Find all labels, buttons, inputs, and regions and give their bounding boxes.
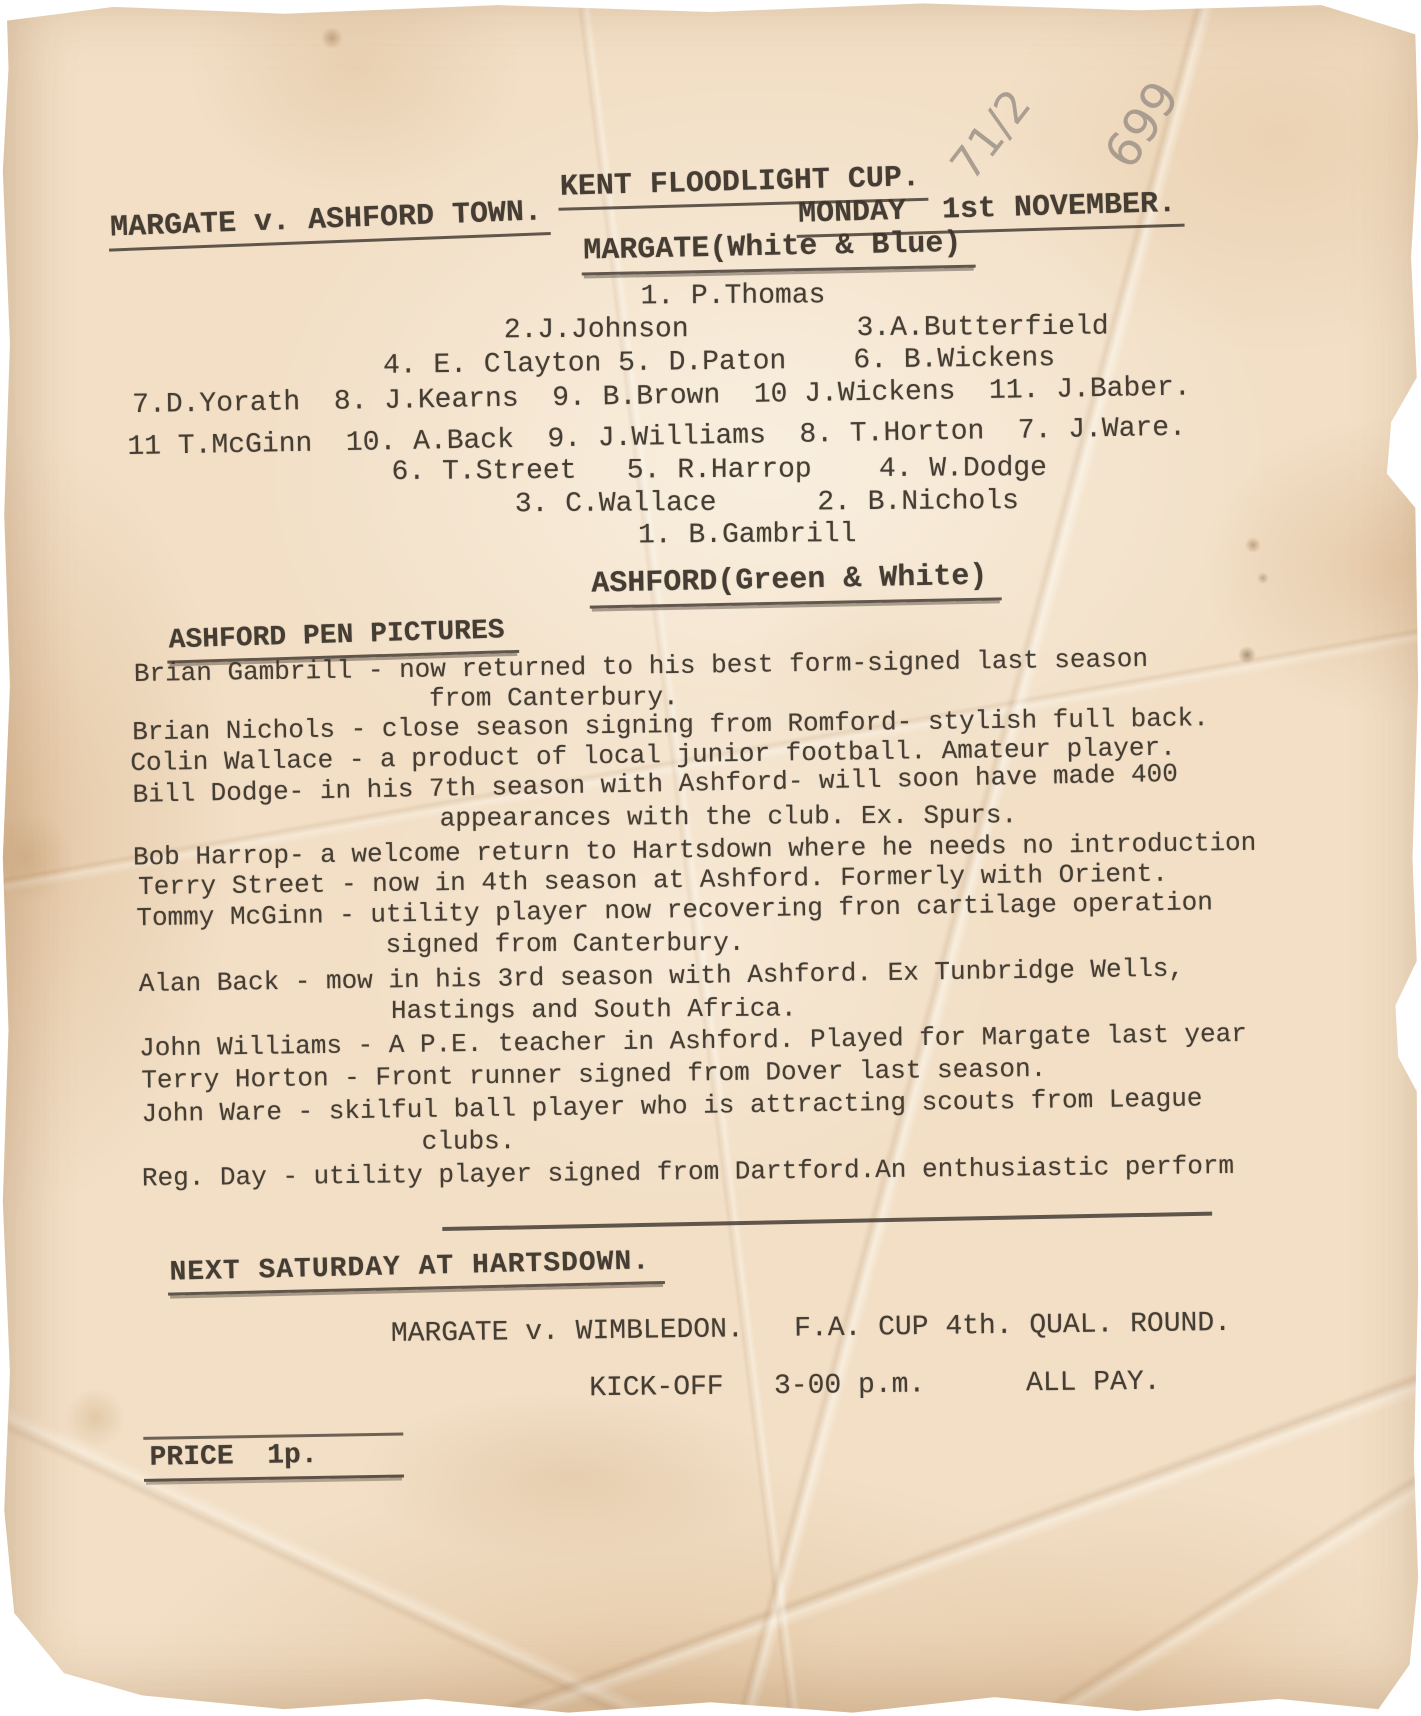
- margate-lineup-row: 2.J.Johnson 3.A.Butterfield: [504, 314, 1109, 346]
- typewritten-content: KENT FLOODLIGHT CUP. MARGATE v. ASHFORD …: [0, 0, 1421, 1716]
- ashford-lineup-row: 6. T.Street 5. R.Harrop 4. W.Dodge: [392, 455, 1047, 487]
- margate-lineup-row: 7.D.Yorath 8. J.Kearns 9. B.Brown 10 J.W…: [132, 375, 1191, 421]
- pen-picture-line: from Canterbury.: [429, 684, 679, 712]
- margate-team-heading-text: MARGATE(White & Blue): [581, 227, 976, 276]
- margate-lineup-row: 4. E. Clayton 5. D.Paton 6. B.Wickens: [383, 345, 1055, 381]
- kickoff-info: KICK-OFF 3-00 p.m. ALL PAY.: [589, 1369, 1161, 1403]
- pen-picture-line: Alan Back - mow in his 3rd season with A…: [139, 956, 1185, 998]
- pen-picture-line: signed from Canterbury.: [385, 930, 744, 958]
- section-divider: [442, 1212, 1212, 1231]
- pen-picture-line: John Williams - A P.E. teacher in Ashfor…: [139, 1021, 1247, 1061]
- scanned-programme-page: KENT FLOODLIGHT CUP. MARGATE v. ASHFORD …: [0, 0, 1421, 1716]
- margate-team-heading: MARGATE(White & Blue): [581, 229, 976, 267]
- pen-pictures-heading: ASHFORD PEN PICTURES: [166, 617, 519, 656]
- pencil-note: 71/2: [941, 80, 1042, 189]
- price-label-text: PRICE 1p.: [143, 1433, 404, 1482]
- ashford-lineup-row: 1. B.Gambrill: [638, 521, 857, 550]
- pen-picture-line: appearances with the club. Ex. Spurs.: [440, 802, 1017, 832]
- pen-picture-line: clubs.: [422, 1128, 516, 1155]
- match-fixture-text: MARGATE v. ASHFORD TOWN.: [108, 195, 551, 252]
- margate-lineup-row: 1. P.Thomas: [640, 282, 825, 311]
- next-match-heading-text: NEXT SATURDAY AT HARTSDOWN.: [167, 1246, 664, 1296]
- next-match-heading: NEXT SATURDAY AT HARTSDOWN.: [167, 1248, 664, 1288]
- pen-picture-line: Reg. Day - utility player signed from Da…: [142, 1153, 1234, 1191]
- ashford-team-heading: ASHFORD(Green & White): [589, 561, 1002, 599]
- price-label: PRICE 1p.: [143, 1433, 404, 1482]
- pencil-note: 699: [1094, 71, 1191, 178]
- ashford-lineup-row: 3. C.Wallace 2. B.Nichols: [515, 488, 1019, 519]
- next-match-fixture: MARGATE v. WIMBLEDON. F.A. CUP 4th. QUAL…: [391, 1310, 1231, 1349]
- ashford-team-heading-text: ASHFORD(Green & White): [589, 559, 1002, 608]
- paper-sheet: KENT FLOODLIGHT CUP. MARGATE v. ASHFORD …: [0, 0, 1421, 1716]
- match-fixture: MARGATE v. ASHFORD TOWN.: [108, 197, 551, 244]
- pen-picture-line: Hastings and South Africa.: [391, 995, 797, 1023]
